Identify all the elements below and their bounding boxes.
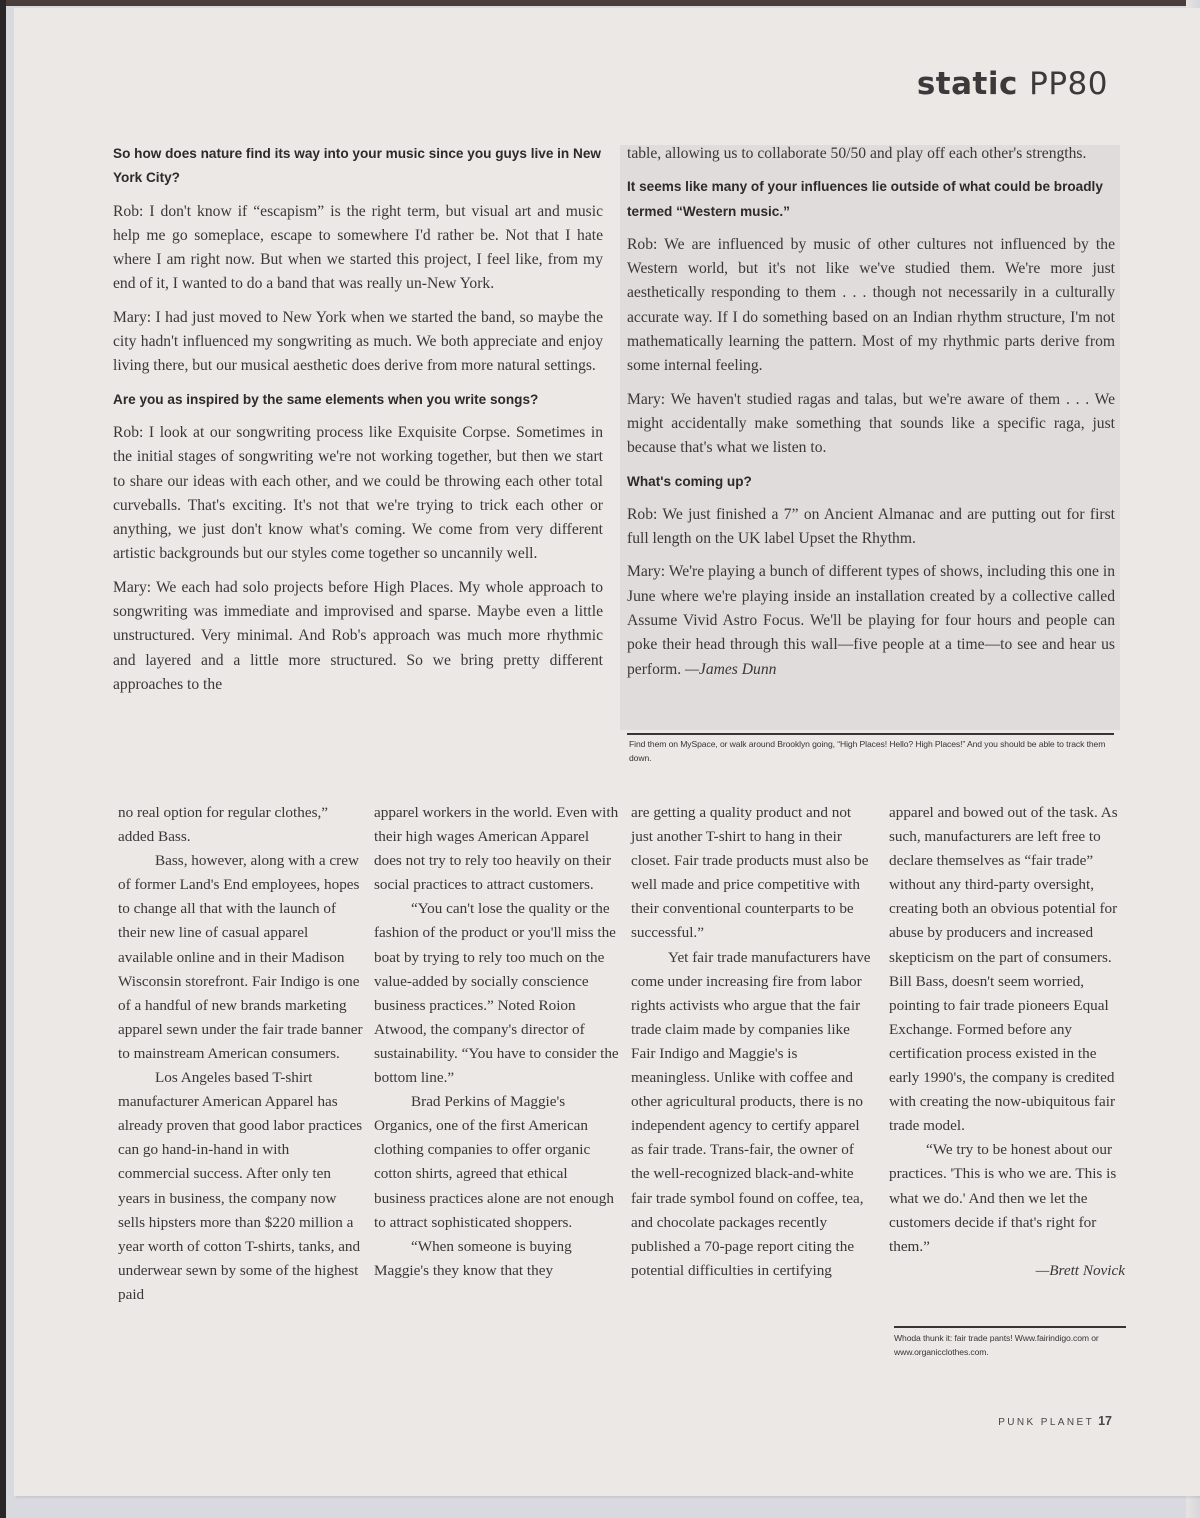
interview-question: What's coming up? (627, 470, 1115, 494)
article-paragraph: Los Angeles based T-shirt manufacturer A… (118, 1066, 363, 1307)
divider-rule (894, 1326, 1126, 1328)
interview-right-column: table, allowing us to collaborate 50/50 … (627, 142, 1115, 691)
article-footnote: Whoda thunk it: fair trade pants! Www.fa… (894, 1331, 1128, 1359)
author-byline: —Brett Novick (889, 1259, 1125, 1283)
article-column-3: are getting a quality product and not ju… (631, 801, 874, 1283)
interview-answer: Mary: We each had solo projects before H… (113, 576, 603, 697)
section-name: static (917, 66, 1018, 102)
article-paragraph: “You can't lose the quality or the fashi… (374, 897, 620, 1090)
interview-answer: Mary: We haven't studied ragas and talas… (627, 388, 1115, 461)
interview-answer: Rob: I look at our songwriting process l… (113, 421, 603, 567)
interview-question: So how does nature find its way into you… (113, 142, 603, 191)
article-paragraph: Brad Perkins of Maggie's Organics, one o… (374, 1090, 620, 1235)
interview-answer: Rob: We just finished a 7” on Ancient Al… (627, 503, 1115, 552)
article-paragraph: Yet fair trade manufacturers have come u… (631, 946, 874, 1283)
article-column-2: apparel workers in the world. Even with … (374, 801, 620, 1283)
article-paragraph: apparel workers in the world. Even with … (374, 801, 620, 897)
article-paragraph: “When someone is buying Maggie's they kn… (374, 1235, 620, 1283)
interview-question: It seems like many of your influences li… (627, 175, 1115, 224)
article-paragraph: are getting a quality product and not ju… (631, 801, 874, 946)
interview-answer: Mary: We're playing a bunch of different… (627, 560, 1115, 681)
author-byline: —James Dunn (685, 661, 776, 678)
interview-answer: Rob: We are influenced by music of other… (627, 233, 1115, 379)
article-column-1: no real option for regular clothes,” add… (118, 801, 363, 1307)
article-paragraph: apparel and bowed out of the task. As su… (889, 801, 1125, 1138)
divider-rule (627, 733, 1114, 735)
article-paragraph: “We try to be honest about our practices… (889, 1138, 1125, 1258)
interview-footnote: Find them on MySpace, or walk around Bro… (629, 737, 1129, 765)
interview-answer: table, allowing us to collaborate 50/50 … (627, 142, 1115, 166)
interview-answer: Rob: I don't know if “escapism” is the r… (113, 200, 603, 297)
section-header: static PP80 (917, 66, 1108, 102)
article-column-4: apparel and bowed out of the task. As su… (889, 801, 1125, 1283)
issue-number: PP80 (1029, 66, 1108, 102)
publication-name: PUNK PLANET (998, 1417, 1094, 1428)
interview-left-column: So how does nature find its way into you… (113, 142, 603, 706)
article-paragraph: no real option for regular clothes,” add… (118, 801, 363, 849)
page-number: 17 (1098, 1414, 1112, 1428)
scan-top-edge (0, 0, 1200, 6)
article-paragraph: Bass, however, along with a crew of form… (118, 849, 363, 1066)
interview-question: Are you as inspired by the same elements… (113, 388, 603, 412)
page-footer: PUNK PLANET17 (998, 1414, 1112, 1428)
interview-answer: Mary: I had just moved to New York when … (113, 306, 603, 379)
scan-left-edge (0, 0, 6, 1518)
